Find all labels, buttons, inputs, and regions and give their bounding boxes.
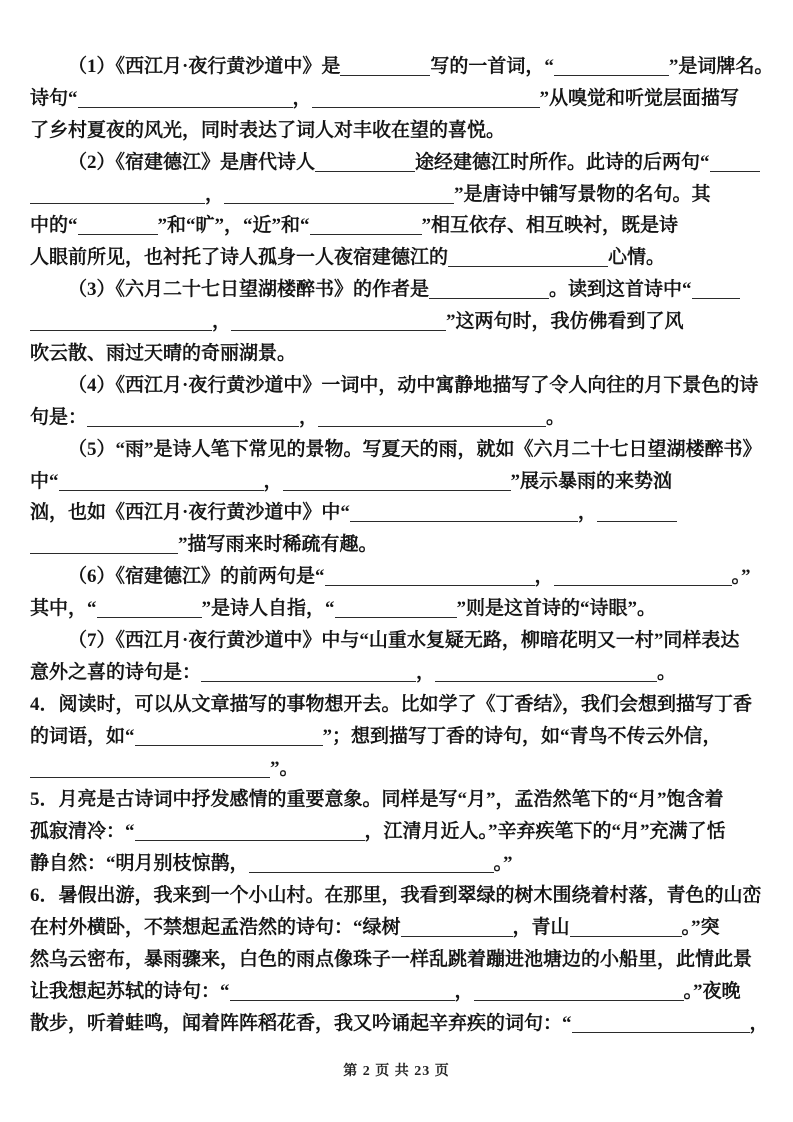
fill-in-blank (230, 981, 455, 1001)
text-line: 让我想起苏轼的诗句：“，。”夜晚 (30, 976, 763, 1008)
text-run: ”是诗人自指，“ (202, 598, 335, 619)
text-line: 诗句“，”从嗅觉和听觉层面描写 (30, 83, 763, 115)
worksheet-body: （1）《西江月·夜行黄沙道中》是写的一首词，“”是词牌名。诗句“，”从嗅觉和听觉… (30, 51, 763, 1040)
fill-in-blank (570, 917, 682, 937)
fill-in-blank (710, 152, 760, 172)
text-line: 在村外横卧，不禁想起孟浩然的诗句：“绿树，青山。”突 (30, 912, 763, 944)
text-line: 散步，听着蛙鸣，闻着阵阵稻花香，我又吟诵起辛弃疾的词句：“， (30, 1008, 763, 1040)
fill-in-blank (429, 279, 549, 299)
text-line: ，”是唐诗中铺写景物的名句。其 (30, 179, 763, 211)
text-run: ， (205, 184, 224, 205)
text-run: ， (416, 662, 435, 683)
text-run: ， (293, 88, 312, 109)
text-run: 吹云散、雨过天晴的奇丽湖景。 (30, 343, 296, 364)
text-run: （6）《宿建德江》的前两句是“ (68, 566, 325, 587)
text-run: 静自然：“明月别枝惊鹊， (30, 853, 249, 874)
text-run: ， (750, 1013, 763, 1034)
text-run: 6．暑假出游，我来到一个小山村。在那里，我看到翠绿的树木围绕着村落，青色的山峦 (30, 885, 762, 906)
fill-in-blank (554, 566, 732, 586)
text-run: 。”突 (682, 917, 720, 938)
text-line: （2）《宿建德江》是唐代诗人途经建德江时所作。此诗的后两句“ (30, 147, 763, 179)
text-run: 4．阅读时，可以从文章描写的事物想开去。比如学了《丁香结》，我们会想到描写丁香 (30, 694, 752, 715)
fill-in-blank (401, 917, 513, 937)
text-run: ， (264, 471, 283, 492)
text-line: 6．暑假出游，我来到一个小山村。在那里，我看到翠绿的树木围绕着村落，青色的山峦 (30, 880, 763, 912)
text-line: 中“，”展示暴雨的来势汹 (30, 466, 763, 498)
text-run: 了乡村夏夜的风光，同时表达了词人对丰收在望的喜悦。 (30, 120, 505, 141)
text-line: （4）《西江月·夜行黄沙道中》一词中，动中寓静地描写了令人向往的月下景色的诗 (30, 370, 763, 402)
text-run: （2）《宿建德江》是唐代诗人 (68, 152, 315, 173)
fill-in-blank (78, 215, 158, 235)
text-run: 让我想起苏轼的诗句：“ (30, 981, 230, 1002)
text-line: （3）《六月二十七日望湖楼醉书》的作者是。读到这首诗中“ (30, 274, 763, 306)
fill-in-blank (135, 726, 323, 746)
text-run: （7）《西江月·夜行黄沙道中》中与“山重水复疑无路，柳暗花明又一村”同样表达 (68, 630, 739, 651)
text-run: 人眼前所见，也衬托了诗人孤身一人夜宿建德江的 (30, 247, 448, 268)
text-run: 然乌云密布，暴雨骤来，白色的雨点像珠子一样乱跳着蹦进池塘边的小船里，此情此景 (30, 949, 752, 970)
fill-in-blank (350, 502, 578, 522)
text-run: ，青山 (513, 917, 570, 938)
text-run: ， (455, 981, 474, 1002)
text-run: ， (299, 407, 318, 428)
fill-in-blank (201, 662, 416, 682)
text-run: 诗句“ (30, 88, 78, 109)
fill-in-blank (692, 279, 740, 299)
fill-in-blank (30, 758, 270, 778)
text-run: 句是： (30, 407, 87, 428)
text-run: （1）《西江月·夜行黄沙道中》是 (68, 56, 340, 77)
fill-in-blank (30, 311, 212, 331)
text-run: ”这两句时，我仿佛看到了风 (446, 311, 684, 332)
text-run: ”；想到描写丁香的诗句，如“青鸟不传云外信， (323, 726, 722, 747)
text-line: 孤寂清冷：“，江清月近人。”辛弃疾笔下的“月”充满了恬 (30, 816, 763, 848)
text-run: 孤寂清冷：“ (30, 821, 135, 842)
text-run: ”描写雨来时稀疏有趣。 (178, 534, 378, 555)
text-run: 。 (546, 407, 565, 428)
text-run: 途经建德江时所作。此诗的后两句“ (415, 152, 710, 173)
text-line: 静自然：“明月别枝惊鹊，。” (30, 848, 763, 880)
text-run: ”展示暴雨的来势汹 (511, 471, 673, 492)
text-line: ，”这两句时，我仿佛看到了风 (30, 306, 763, 338)
text-run: ”从嗅觉和听觉层面描写 (540, 88, 740, 109)
text-line: 4．阅读时，可以从文章描写的事物想开去。比如学了《丁香结》，我们会想到描写丁香 (30, 689, 763, 721)
fill-in-blank (97, 598, 202, 618)
text-run: ”。 (270, 758, 299, 779)
text-run: 中的“ (30, 215, 78, 236)
text-line: 人眼前所见，也衬托了诗人孤身一人夜宿建德江的心情。 (30, 242, 763, 274)
text-run: 。” (494, 853, 513, 874)
text-run: 在村外横卧，不禁想起孟浩然的诗句：“绿树 (30, 917, 401, 938)
fill-in-blank (448, 247, 608, 267)
fill-in-blank (283, 471, 511, 491)
fill-in-blank (597, 502, 677, 522)
text-run: 。” (732, 566, 751, 587)
text-line: ”。 (30, 753, 763, 785)
fill-in-blank (315, 152, 415, 172)
text-line: 中的“”和“旷”，“近”和“”相互依存、相互映衬，既是诗 (30, 210, 763, 242)
text-line: 汹，也如《西江月·夜行黄沙道中》中“， (30, 497, 763, 529)
text-run: ， (578, 502, 597, 523)
text-run: ”是唐诗中铺写景物的名句。其 (454, 184, 711, 205)
text-run: ，江清月近人。”辛弃疾笔下的“月”充满了恬 (365, 821, 726, 842)
text-line: 意外之喜的诗句是：，。 (30, 657, 763, 689)
fill-in-blank (310, 215, 422, 235)
fill-in-blank (340, 56, 430, 76)
text-run: 散步，听着蛙鸣，闻着阵阵稻花香，我又吟诵起辛弃疾的词句：“ (30, 1013, 572, 1034)
text-run: 汹，也如《西江月·夜行黄沙道中》中“ (30, 502, 350, 523)
text-line: （1）《西江月·夜行黄沙道中》是写的一首词，“”是词牌名。 (30, 51, 763, 83)
text-run: 。读到这首诗中“ (549, 279, 692, 300)
text-run: （5）“雨”是诗人笔下常见的景物。写夏天的雨，就如《六月二十七日望湖楼醉书》 (68, 439, 762, 460)
fill-in-blank (325, 566, 535, 586)
page-footer: 第 2 页 共 23 页 (0, 1060, 793, 1080)
page-footer-text: 第 2 页 共 23 页 (343, 1064, 450, 1079)
fill-in-blank (78, 88, 293, 108)
text-line: 句是：，。 (30, 402, 763, 434)
fill-in-blank (224, 184, 454, 204)
text-line: 的词语，如“”；想到描写丁香的诗句，如“青鸟不传云外信， (30, 721, 763, 753)
fill-in-blank (435, 662, 657, 682)
text-run: 。”夜晚 (684, 981, 741, 1002)
text-run: 中“ (30, 471, 59, 492)
fill-in-blank (572, 1013, 750, 1033)
fill-in-blank (87, 407, 299, 427)
text-line: （7）《西江月·夜行黄沙道中》中与“山重水复疑无路，柳暗花明又一村”同样表达 (30, 625, 763, 657)
text-run: 5．月亮是古诗词中抒发感情的重要意象。同样是写“月”，孟浩然笔下的“月”饱含着 (30, 789, 724, 810)
fill-in-blank (312, 88, 540, 108)
text-run: （3）《六月二十七日望湖楼醉书》的作者是 (68, 279, 429, 300)
text-run: 意外之喜的诗句是： (30, 662, 201, 683)
text-run: ， (212, 311, 231, 332)
fill-in-blank (231, 311, 446, 331)
fill-in-blank (474, 981, 684, 1001)
text-run: 。 (657, 662, 676, 683)
text-run: 写的一首词，“ (430, 56, 554, 77)
text-run: 的词语，如“ (30, 726, 135, 747)
fill-in-blank (318, 407, 546, 427)
text-line: 了乡村夏夜的风光，同时表达了词人对丰收在望的喜悦。 (30, 115, 763, 147)
fill-in-blank (59, 471, 264, 491)
fill-in-blank (249, 853, 494, 873)
text-line: 然乌云密布，暴雨骤来，白色的雨点像珠子一样乱跳着蹦进池塘边的小船里，此情此景 (30, 944, 763, 976)
text-run: ”是词牌名。 (669, 56, 763, 77)
text-line: （6）《宿建德江》的前两句是“，。” (30, 561, 763, 593)
text-run: ”和“旷”，“近”和“ (158, 215, 310, 236)
fill-in-blank (30, 534, 178, 554)
text-line: 5．月亮是古诗词中抒发感情的重要意象。同样是写“月”，孟浩然笔下的“月”饱含着 (30, 784, 763, 816)
text-line: 吹云散、雨过天晴的奇丽湖景。 (30, 338, 763, 370)
fill-in-blank (335, 598, 457, 618)
fill-in-blank (135, 821, 365, 841)
text-line: ”描写雨来时稀疏有趣。 (30, 529, 763, 561)
text-run: ”则是这首诗的“诗眼”。 (457, 598, 657, 619)
text-run: 其中，“ (30, 598, 97, 619)
fill-in-blank (30, 184, 205, 204)
text-run: 心情。 (608, 247, 665, 268)
text-line: 其中，“”是诗人自指，“”则是这首诗的“诗眼”。 (30, 593, 763, 625)
text-run: ”相互依存、相互映衬，既是诗 (422, 215, 679, 236)
text-line: （5）“雨”是诗人笔下常见的景物。写夏天的雨，就如《六月二十七日望湖楼醉书》 (30, 434, 763, 466)
fill-in-blank (554, 56, 669, 76)
text-run: ， (535, 566, 554, 587)
text-run: （4）《西江月·夜行黄沙道中》一词中，动中寓静地描写了令人向往的月下景色的诗 (68, 375, 758, 396)
